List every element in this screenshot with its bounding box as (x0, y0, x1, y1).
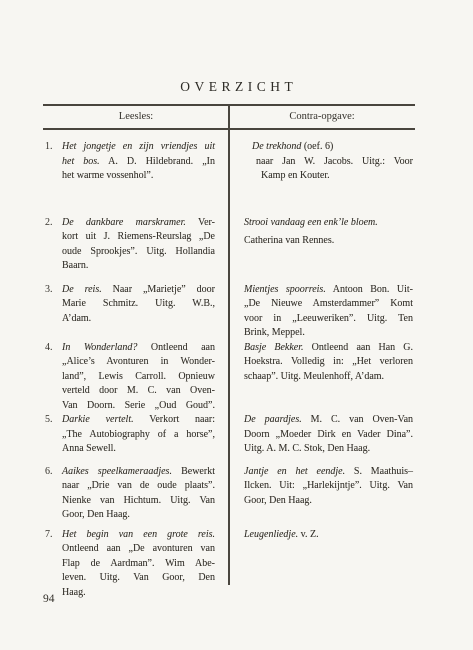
text-roman: A’dam. (62, 313, 91, 324)
contra-opgave-cell: Mientjes spoorreis. Antoon Bon. Uit-„De … (229, 283, 415, 341)
text-line: Goor, Den Haag. (62, 508, 215, 523)
text-roman: Marie Schmitz. Uitg. W.B., (62, 298, 215, 309)
text-line: „Alice’s Avonturen in Wonder- (62, 355, 215, 370)
text-roman: Kamp en Kouter. (261, 170, 330, 181)
column-header-leesles: Leesles: (43, 106, 229, 128)
text-line: Nienke van Hichtum. Uitg. Van (62, 494, 215, 509)
text-roman: „Alice’s Avonturen in Wonder- (62, 356, 215, 367)
entry-text: De paardjes. M. C. van Oven-VanDoorn „Mo… (244, 413, 413, 457)
text-line: Leugenliedje. v. Z. (244, 528, 413, 543)
text-line: Marie Schmitz. Uitg. W.B., (62, 297, 215, 312)
title-italic: het bos. (62, 156, 100, 167)
text-roman: oude Sprookjes”. Uitg. Hollandia (62, 246, 215, 257)
entry-text: De reis. Naar „Marietje” doorMarie Schmi… (62, 283, 215, 341)
text-line: het bos. A. D. Hildebrand. „In (62, 155, 215, 170)
text-roman: Ilcken. Uit: „Harlekijntje”. Uitg. Van (244, 480, 413, 491)
entry-text: Basje Bekker. Ontleend aan Han G.Hoekstr… (244, 341, 413, 385)
text-line: naar „Drie van de oude plaats”. (62, 479, 215, 494)
text-line: verteld door M. C. van Oven- (62, 384, 215, 399)
text-line: De trekhond (oef. 6) (244, 140, 413, 155)
entry-text: Jantje en het eendje. S. Maathuis–Ilcken… (244, 465, 413, 509)
text-roman: Doorn „Moeder Dirk en Vader Dina”. (244, 429, 413, 440)
title-italic: Basje Bekker. (244, 342, 304, 353)
text-line: Darkie vertelt. Verkort naar: (62, 413, 215, 428)
text-line: In Wonderland? Ontleend aan (62, 341, 215, 356)
text-line: De paardjes. M. C. van Oven-Van (244, 413, 413, 428)
overview-table: Leesles: Contra-opgave: 1.Het jongetje e… (43, 104, 415, 600)
text-roman: Baarn. (62, 260, 88, 271)
text-roman: Anna Sewell. (62, 443, 116, 454)
title-italic: Strooi vandaag een enk’le bloem. (244, 217, 378, 228)
text-line: „The Autobiography of a horse”, (62, 428, 215, 443)
text-roman: Ontleend aan (137, 342, 215, 353)
entry-text: Strooi vandaag een enk’le bloem.Catherin… (244, 216, 413, 249)
contra-opgave-cell: Strooi vandaag een enk’le bloem.Catherin… (229, 216, 415, 274)
title-italic: In Wonderland? (62, 342, 137, 353)
title-italic: Het begin van een grote reis. (62, 529, 215, 540)
text-line: naar Jan W. Jacobs. Uitg.: Voor (244, 155, 413, 170)
column-header-contra-opgave: Contra-opgave: (229, 106, 415, 128)
entry-number: 5. (45, 413, 62, 457)
text-line: Mientjes spoorreis. Antoon Bon. Uit- (244, 283, 413, 298)
entry-number: 6. (45, 465, 62, 523)
text-line: Catherina van Rennes. (244, 234, 413, 249)
text-roman: Ontleend aan „De avonturen van (62, 543, 215, 554)
text-line: Het jongetje en zijn vriendjes uit (62, 140, 215, 155)
entry-text: Aaikes speelkameraadjes. Bewerktnaar „Dr… (62, 465, 215, 523)
entry-number: 2. (45, 216, 62, 274)
text-roman: naar Jan W. Jacobs. Uitg.: Voor (256, 156, 413, 167)
text-line: Ilcken. Uit: „Harlekijntje”. Uitg. Van (244, 479, 413, 494)
text-roman: Hoekstra. Volledig in: „Het verloren (244, 356, 413, 367)
text-roman: Uitg. A. M. C. Stok, Den Haag. (244, 443, 370, 454)
column-divider (228, 104, 230, 585)
text-roman: S. Maathuis– (345, 466, 413, 477)
text-line: land”, Lewis Carroll. Opnieuw (62, 370, 215, 385)
entry-text: De trekhond (oef. 6)naar Jan W. Jacobs. … (244, 140, 413, 184)
text-roman: Verkort naar: (134, 414, 215, 425)
text-line: Basje Bekker. Ontleend aan Han G. (244, 341, 413, 356)
entry-text: De dankbare marskramer. Ver-kort uit J. … (62, 216, 215, 274)
text-line: schaap”. Uitg. Meulenhoff, A’dam. (244, 370, 413, 385)
contra-opgave-cell: Basje Bekker. Ontleend aan Han G.Hoekstr… (229, 341, 415, 414)
leesles-cell: 2.De dankbare marskramer. Ver-kort uit J… (43, 216, 229, 274)
text-line: voor in „Leeuweriken”. Uitg. Ten (244, 312, 413, 327)
title-italic: Het jongetje en zijn vriendjes uit (62, 141, 215, 152)
text-line: oude Sprookjes”. Uitg. Hollandia (62, 245, 215, 260)
text-line: De reis. Naar „Marietje” door (62, 283, 215, 298)
text-line: kort uit J. Riemens-Reurslag „De (62, 230, 215, 245)
text-line: Goor, Den Haag. (244, 494, 413, 509)
text-line: Anna Sewell. (62, 442, 215, 457)
entry-text: Mientjes spoorreis. Antoon Bon. Uit-„De … (244, 283, 413, 341)
text-line: Brink, Meppel. (244, 326, 413, 341)
page-number: 94 (43, 593, 55, 605)
contra-opgave-cell: De paardjes. M. C. van Oven-VanDoorn „Mo… (229, 413, 415, 457)
entry-text: Darkie vertelt. Verkort naar:„The Autobi… (62, 413, 215, 457)
title-italic: Leugenliedje. (244, 529, 298, 540)
text-roman: naar „Drie van de oude plaats”. (62, 480, 215, 491)
text-roman: Catherina van Rennes. (244, 235, 334, 246)
text-line: Van Doorn. Serie „Oud Goud”. (62, 399, 215, 414)
entry-number: 7. (45, 528, 62, 601)
text-line: Ontleend aan „De avonturen van (62, 542, 215, 557)
entry-text: Het begin van een grote reis.Ontleend aa… (62, 528, 215, 601)
title-italic: Jantje en het eendje. (244, 466, 345, 477)
text-line: het warme vossenhol”. (62, 169, 215, 184)
title-italic: De reis. (62, 284, 102, 295)
text-line: Hoekstra. Volledig in: „Het verloren (244, 355, 413, 370)
text-roman: „The Autobiography of a horse”, (62, 429, 215, 440)
text-roman: kort uit J. Riemens-Reurslag „De (62, 231, 215, 242)
text-roman: leven. Uitg. Van Goor, Den (62, 572, 215, 583)
text-roman: M. C. van Oven-Van (302, 414, 413, 425)
text-roman: Goor, Den Haag. (62, 509, 130, 520)
leesles-cell: 3.De reis. Naar „Marietje” doorMarie Sch… (43, 283, 229, 341)
text-roman: schaap”. Uitg. Meulenhoff, A’dam. (244, 371, 384, 382)
text-line: Flap de Aardman”. Wim Abe- (62, 557, 215, 572)
entry-number: 3. (45, 283, 62, 341)
entry-text: In Wonderland? Ontleend aan„Alice’s Avon… (62, 341, 215, 414)
text-line: Baarn. (62, 259, 215, 274)
text-roman: verteld door M. C. van Oven- (62, 385, 215, 396)
title-italic: De trekhond (252, 141, 301, 152)
text-line: De dankbare marskramer. Ver- (62, 216, 215, 231)
contra-opgave-cell: Jantje en het eendje. S. Maathuis–Ilcken… (229, 465, 415, 523)
text-roman: Bewerkt (172, 466, 215, 477)
text-roman: het warme vossenhol”. (62, 170, 153, 181)
text-roman: Naar „Marietje” door (102, 284, 215, 295)
title-italic: Darkie vertelt. (62, 414, 134, 425)
title-italic: Aaikes speelkameraadjes. (62, 466, 172, 477)
text-line: leven. Uitg. Van Goor, Den (62, 571, 215, 586)
leesles-cell: 6.Aaikes speelkameraadjes. Bewerktnaar „… (43, 465, 229, 523)
text-roman: Ver- (186, 217, 215, 228)
title-italic: Mientjes spoorreis. (244, 284, 326, 295)
entry-number: 1. (45, 140, 62, 184)
text-line: Strooi vandaag een enk’le bloem. (244, 216, 413, 231)
leesles-cell: 7.Het begin van een grote reis.Ontleend … (43, 528, 229, 601)
text-roman: Ontleend aan Han G. (304, 342, 413, 353)
text-line: Uitg. A. M. C. Stok, Den Haag. (244, 442, 413, 457)
text-roman: Flap de Aardman”. Wim Abe- (62, 558, 215, 569)
text-line: Het begin van een grote reis. (62, 528, 215, 543)
text-line: Kamp en Kouter. (244, 169, 413, 184)
text-line: A’dam. (62, 312, 215, 327)
text-roman: Nienke van Hichtum. Uitg. Van (62, 495, 215, 506)
text-roman: (oef. 6) (301, 141, 333, 152)
text-line: Haag. (62, 586, 215, 601)
text-roman: „De Nieuwe Amsterdammer” Komt (244, 298, 413, 309)
contra-opgave-cell: De trekhond (oef. 6)naar Jan W. Jacobs. … (229, 140, 415, 184)
text-roman: Brink, Meppel. (244, 327, 305, 338)
text-roman: Antoon Bon. Uit- (326, 284, 413, 295)
text-roman: Haag. (62, 587, 86, 598)
entry-text: Leugenliedje. v. Z. (244, 528, 413, 543)
text-roman: Goor, Den Haag. (244, 495, 312, 506)
leesles-cell: 5.Darkie vertelt. Verkort naar:„The Auto… (43, 413, 229, 457)
text-line: Aaikes speelkameraadjes. Bewerkt (62, 465, 215, 480)
text-line: Doorn „Moeder Dirk en Vader Dina”. (244, 428, 413, 443)
text-line: „De Nieuwe Amsterdammer” Komt (244, 297, 413, 312)
page-title: OVERZICHT (0, 79, 473, 95)
text-roman: A. D. Hildebrand. „In (100, 156, 215, 167)
text-roman: v. Z. (298, 529, 318, 540)
entry-text: Het jongetje en zijn vriendjes uithet bo… (62, 140, 215, 184)
text-roman: land”, Lewis Carroll. Opnieuw (62, 371, 215, 382)
title-italic: De paardjes. (244, 414, 302, 425)
contra-opgave-cell: Leugenliedje. v. Z. (229, 528, 415, 601)
leesles-cell: 4.In Wonderland? Ontleend aan„Alice’s Av… (43, 341, 229, 414)
text-line: Jantje en het eendje. S. Maathuis– (244, 465, 413, 480)
text-roman: Van Doorn. Serie „Oud Goud”. (62, 400, 215, 411)
leesles-cell: 1.Het jongetje en zijn vriendjes uithet … (43, 140, 229, 184)
text-roman: voor in „Leeuweriken”. Uitg. Ten (244, 313, 413, 324)
entry-number: 4. (45, 341, 62, 414)
title-italic: De dankbare marskramer. (62, 217, 186, 228)
